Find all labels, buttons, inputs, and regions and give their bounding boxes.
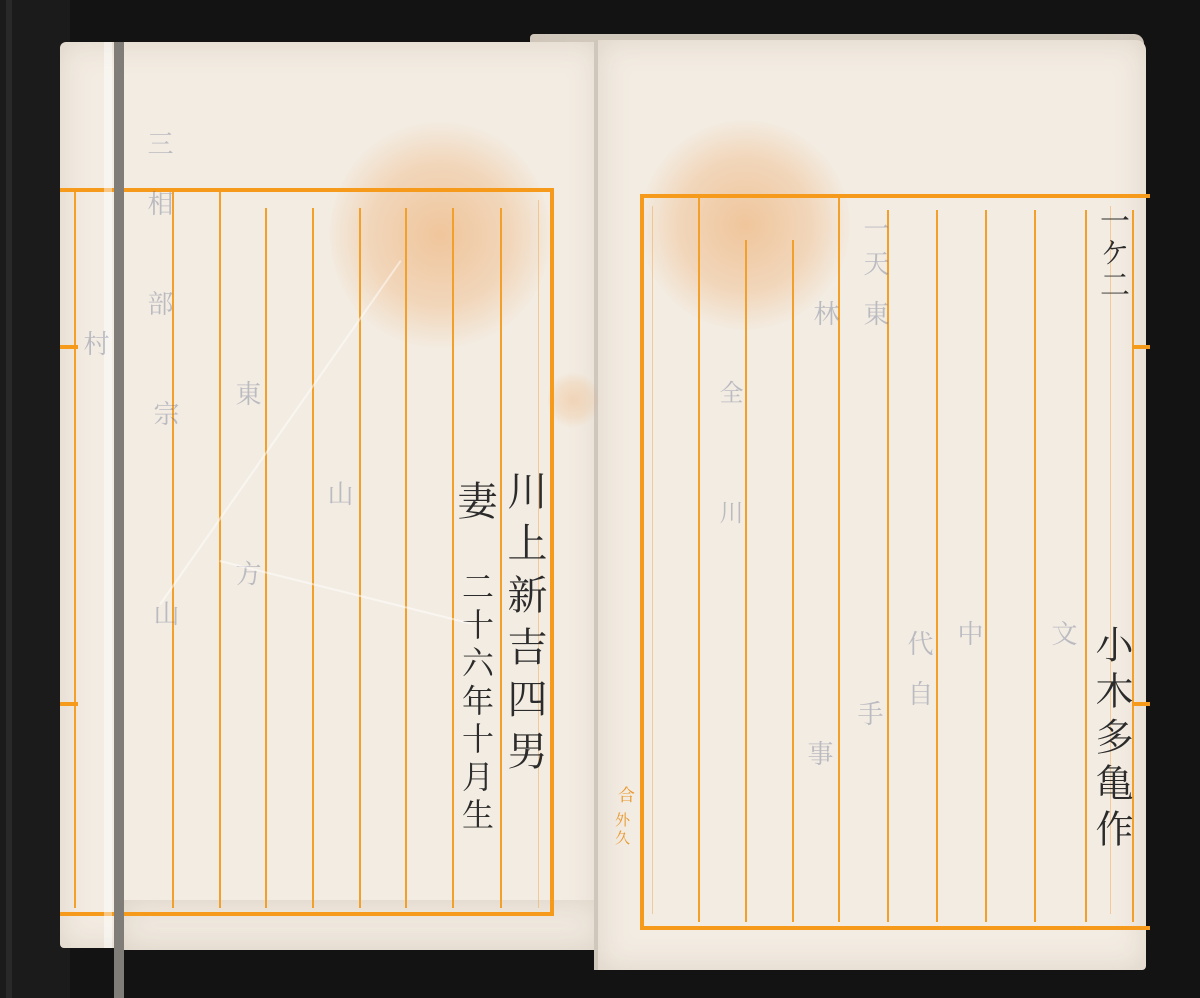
binding-strip — [114, 42, 124, 998]
right-rule — [1085, 210, 1087, 922]
bleed-through-text: 部 — [140, 290, 177, 320]
left-rule — [265, 208, 267, 908]
register-header-mark: 一ケ二 — [1094, 205, 1128, 301]
bleed-through-text: 手 — [850, 700, 887, 730]
bleed-through-text: 川 — [712, 500, 747, 528]
register-name-entry: 小木多亀作 — [1090, 625, 1132, 855]
left-margin-tick — [60, 702, 78, 706]
spine-highlight — [104, 42, 112, 948]
bleed-through-text: 相 — [140, 190, 177, 220]
margin-stamp-symbol: 合 — [612, 786, 637, 806]
bleed-through-text: 三 — [140, 130, 177, 160]
register-relation: 妻 — [452, 480, 496, 524]
right-rule — [985, 210, 987, 922]
bleed-through-text: 中 — [950, 620, 987, 650]
bleed-through-text: 自 — [900, 680, 937, 710]
left-rule — [359, 208, 361, 908]
right-page-frame — [640, 194, 1150, 930]
bleed-through-text: 山 — [320, 480, 357, 510]
right-rule — [792, 240, 794, 922]
bleed-through-text: 一 — [856, 215, 893, 245]
right-rule — [698, 198, 700, 922]
bleed-through-text: 村 — [76, 330, 113, 360]
stain-small — [548, 370, 598, 430]
margin-stamp-text: 外久 — [612, 812, 633, 848]
bleed-through-text: 山 — [146, 600, 183, 630]
left-rule — [405, 208, 407, 908]
right-margin-tick — [1132, 702, 1150, 706]
register-name-line: 川上新吉四男 — [502, 470, 546, 782]
background-edge-strip — [6, 0, 12, 998]
bleed-through-text: 東 — [856, 300, 893, 330]
bleed-through-text: 天 — [856, 250, 893, 280]
bleed-through-text: 林 — [806, 300, 843, 330]
bleed-through-text: 宗 — [146, 400, 183, 430]
right-rule — [936, 210, 938, 922]
right-rule-inner — [652, 206, 653, 914]
left-rule — [74, 192, 76, 908]
page-gutter — [594, 40, 598, 970]
bleed-through-text: 東 — [228, 380, 265, 410]
right-margin-tick — [1132, 345, 1150, 349]
right-rule — [1034, 210, 1036, 922]
left-rule — [219, 192, 221, 908]
bleed-through-text: 代 — [900, 630, 937, 660]
left-rule — [452, 208, 454, 908]
bleed-through-text: 事 — [800, 740, 837, 770]
right-rule — [745, 240, 747, 922]
bleed-through-text: 全 — [712, 380, 747, 408]
bleed-through-text: 文 — [1044, 620, 1081, 650]
left-rule — [312, 208, 314, 908]
register-birth-note: 二十六年十月生 — [458, 570, 494, 836]
